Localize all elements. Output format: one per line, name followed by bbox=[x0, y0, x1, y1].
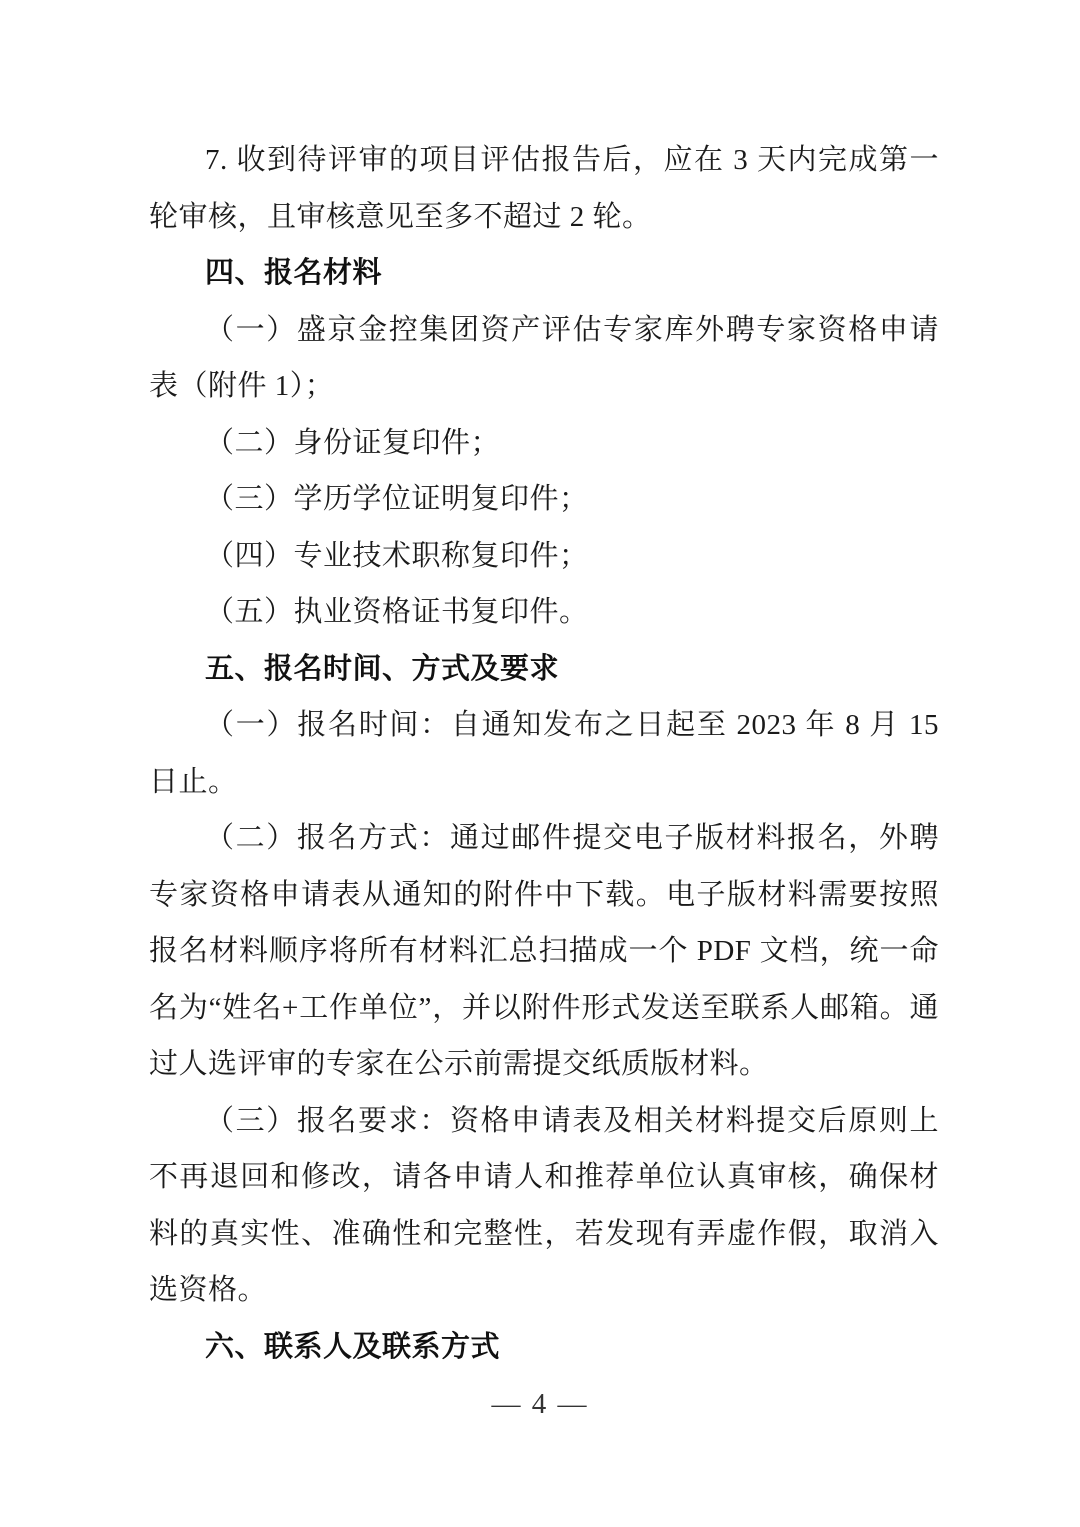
paragraph-review-rounds: 7. 收到待评审的项目评估报告后，应在 3 天内完成第一轮审核，且审核意见至多不… bbox=[149, 132, 939, 245]
paragraph-application-form: （一）盛京金控集团资产评估专家库外聘专家资格申请表（附件 1）； bbox=[149, 302, 939, 415]
paragraph-id-copy: （二）身份证复印件； bbox=[149, 415, 939, 472]
section-heading-schedule: 五、报名时间、方式及要求 bbox=[149, 641, 939, 698]
document-page: 7. 收到待评审的项目评估报告后，应在 3 天内完成第一轮审核，且审核意见至多不… bbox=[0, 0, 1080, 1527]
document-content: 7. 收到待评审的项目评估报告后，应在 3 天内完成第一轮审核，且审核意见至多不… bbox=[149, 132, 939, 1375]
paragraph-title-copy: （四）专业技术职称复印件； bbox=[149, 528, 939, 585]
paragraph-requirements: （三）报名要求：资格申请表及相关材料提交后原则上不再退回和修改，请各申请人和推荐… bbox=[149, 1093, 939, 1319]
section-heading-materials: 四、报名材料 bbox=[149, 245, 939, 302]
paragraph-submission-method: （二）报名方式：通过邮件提交电子版材料报名，外聘专家资格申请表从通知的附件中下载… bbox=[149, 810, 939, 1093]
page-number: — 4 — bbox=[0, 1388, 1080, 1421]
section-heading-contact: 六、联系人及联系方式 bbox=[149, 1319, 939, 1376]
paragraph-deadline: （一）报名时间：自通知发布之日起至 2023 年 8 月 15 日止。 bbox=[149, 697, 939, 810]
paragraph-license-copy: （五）执业资格证书复印件。 bbox=[149, 584, 939, 641]
paragraph-degree-copy: （三）学历学位证明复印件； bbox=[149, 471, 939, 528]
